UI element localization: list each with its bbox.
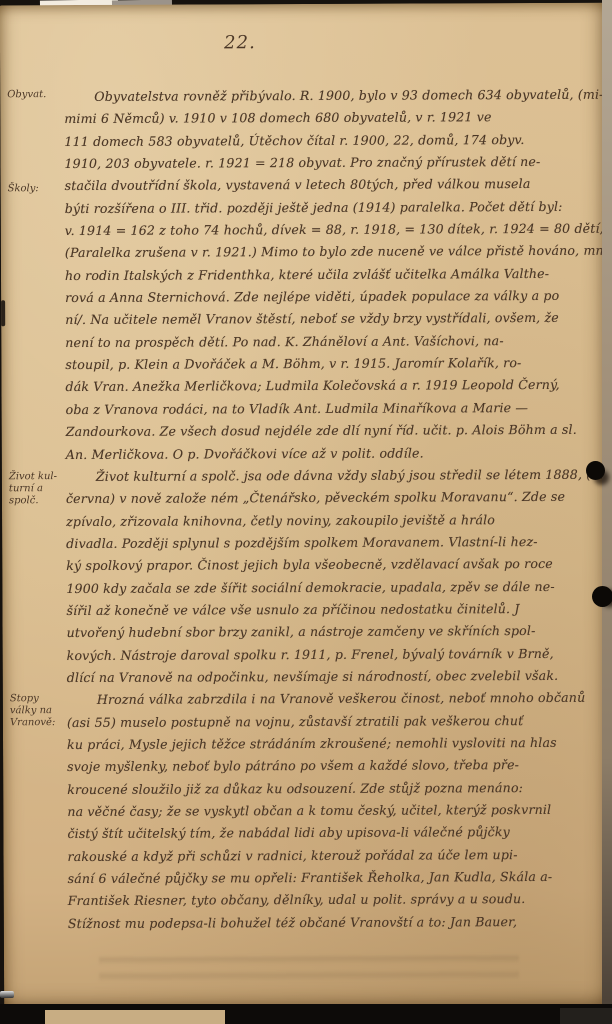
text-line: 1900 kdy začala se zde šířit sociální de… (66, 578, 600, 603)
binder-hole-lower (592, 586, 612, 607)
text-line: ho rodin Italských z Fridenthka, které u… (65, 265, 599, 290)
text-line: stoupil, p. Klein a Dvořáček a M. Böhm, … (65, 355, 599, 380)
text-line: oba z Vranova rodáci, na to Vladík Ant. … (66, 400, 600, 425)
margin-note: Školy: (8, 183, 64, 195)
text-line: kových. Nástroje daroval spolku r. 1911,… (67, 645, 601, 670)
metal-clip (0, 991, 14, 998)
text-line: (Paralelka zrušena v r. 1921.) Mimo to b… (65, 243, 599, 268)
text-line: dák Vran. Anežka Merličkova; Ludmila Kol… (65, 377, 599, 402)
manuscript-page: 22. Obyvatelstva rovněž přibývalo. R. 19… (0, 3, 608, 1012)
text-line: června) v nově založe ném „Čtenářsko, pě… (66, 489, 600, 514)
binder-hole-upper (586, 461, 605, 480)
text-line: stačila dvoutřídní škola, vystavená v le… (65, 176, 599, 201)
text-line: Obyvatelstva rovněž přibývalo. R. 1900, … (64, 87, 598, 112)
text-line: 1910, 203 obyvatele. r. 1921 = 218 obyva… (64, 154, 598, 179)
margin-note: Obyvat. (7, 89, 63, 101)
text-line: mimi 6 Němců) v. 1910 v 108 domech 680 o… (64, 109, 598, 134)
text-line: (asi 55) muselo postupně na vojnu, zůsta… (67, 712, 601, 737)
photo-of-chronicle-page: { "page": { "number": "22.", "colors": {… (0, 0, 612, 1024)
text-line: ní/. Na učitele neměl Vranov štěstí, neb… (65, 310, 599, 335)
text-line: Zandourkova. Ze všech dosud nejdéle zde … (66, 422, 600, 447)
text-line: rová a Anna Sternichová. Zde nejlépe vid… (65, 288, 599, 313)
bleed-through-smudge (99, 945, 519, 991)
text-line: Stížnost mu podepsa-li bohužel též občan… (68, 913, 602, 938)
text-line: Hrozná válka zabrzdila i na Vranově vešk… (67, 690, 601, 715)
text-line: 111 domech 583 obyvatelů, Útěchov čítal … (64, 131, 598, 156)
page-number: 22. (210, 32, 270, 53)
text-line: čistý štít učitelský tím, že nabádal lid… (67, 824, 601, 849)
adjacent-page-edge (602, 0, 612, 1010)
text-body: Obyvatelstva rovněž přibývalo. R. 1900, … (64, 87, 602, 949)
text-line: ku práci, Mysle jejich těžce strádáním z… (67, 735, 601, 760)
text-line: An. Merličkova. O p. Dvořáčkovi více až … (66, 444, 600, 469)
text-line: dlící na Vranově na odpočinku, nevšímaje… (67, 668, 601, 693)
text-line: svoje myšlenky, neboť bylo pátráno po vš… (67, 757, 601, 782)
edge-ink-mark (1, 300, 5, 326)
text-line: býti rozšířena o III. třid. později ješt… (65, 198, 599, 223)
text-line: sání 6 válečné půjčky se mu opřeli: Fran… (68, 869, 602, 894)
text-line: Život kulturní a spolč. jsa ode dávna vž… (66, 467, 600, 492)
text-line: rakouské a když při schůzi v radnici, kt… (67, 846, 601, 871)
text-line: není to na prospěch dětí. Po nad. K. Zhá… (65, 332, 599, 357)
text-line: divadla. Později splynul s pozdějším spo… (66, 534, 600, 559)
margin-note: Život kul- turní a spolč. (9, 471, 65, 507)
text-line: na věčné časy; že se vyskytl občan a k t… (67, 802, 601, 827)
text-line: zpívalo, zřizovala knihovna, četly novin… (66, 511, 600, 536)
text-line: utvořený hudební sbor brzy zanikl, a nás… (67, 623, 601, 648)
table-edge (45, 1010, 225, 1024)
text-line: šířil až konečně ve válce vše usnulo za … (66, 601, 600, 626)
background-bottom-right (560, 1008, 612, 1024)
text-line: kroucené sloužilo již za důkaz ku odsouz… (67, 779, 601, 804)
margin-note: Stopy války na Vranově: (10, 693, 66, 729)
text-line: František Riesner, tyto občany, dělníky,… (68, 891, 602, 916)
text-line: v. 1914 = 162 z toho 74 hochů, dívek = 8… (65, 221, 599, 246)
text-line: ký spolkový prapor. Činost jejich byla v… (66, 556, 600, 581)
